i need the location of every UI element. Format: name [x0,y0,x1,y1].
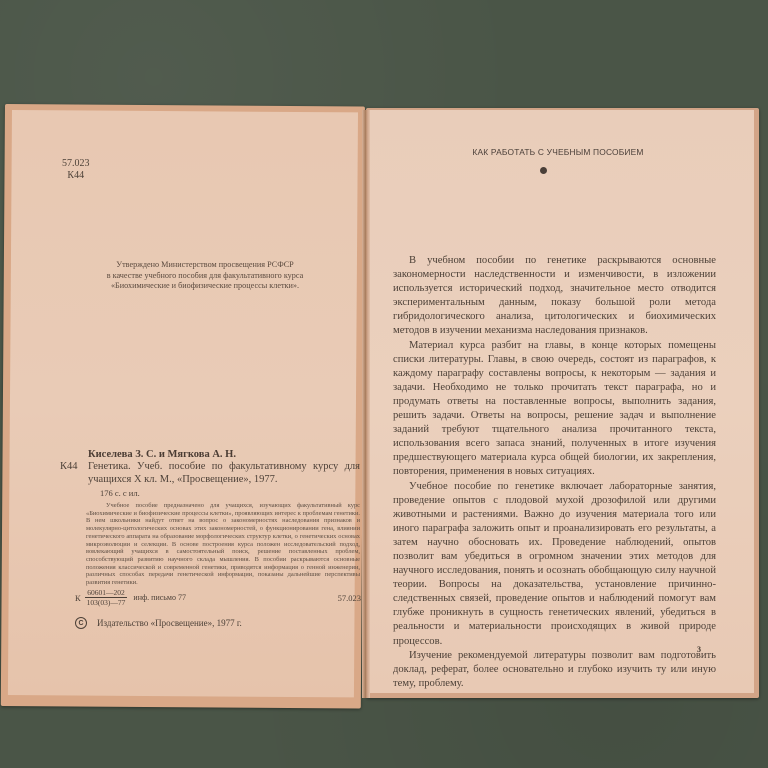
annotation: Учебное пособие предназначено для учащих… [86,502,360,587]
page-number: 3 [697,645,701,654]
imprint-bbk: 57.023 [338,593,365,603]
copyright-text: Издательство «Просвещение», 1977 г. [97,618,242,628]
imprint-denominator: 103(03)—77 [85,598,128,607]
approval-statement: Утверждено Министерством просвещения РСФ… [90,260,320,292]
copyright-line: C Издательство «Просвещение», 1977 г. [75,617,365,629]
bib-entry: К44 Генетика. Учеб. пособие по факультат… [60,461,360,486]
paragraph: В учебном пособии по генетике раскрывают… [393,254,716,339]
page-count: 176 с. с ил. [100,488,360,498]
imprint-numerator: 60601—202 [85,588,127,598]
approval-line: в качестве учебного пособия для факульта… [90,271,320,282]
chapter-heading: КАК РАБОТАТЬ С УЧЕБНЫМ ПОСОБИЕМ [448,147,668,157]
paragraph: Изучение рекомендуемой литературы позвол… [393,649,716,691]
udk-number: 57.023 [62,158,90,170]
udk-code: 57.023 К44 [62,158,90,182]
bullet-ornament-icon [540,167,547,174]
bib-title: Генетика. Учеб. пособие по факультативно… [88,461,360,486]
imprint-row: К 60601—202 103(03)—77 инф. письмо 77 57… [75,588,365,607]
book-photo: 57.023 К44 Утверждено Министерством прос… [0,0,768,768]
imprint: К 60601—202 103(03)—77 инф. письмо 77 57… [75,588,365,629]
authors: Киселева З. С. и Мягкова А. Н. [88,448,360,461]
bib-code: К44 [60,461,88,486]
bibliographic-record: Киселева З. С. и Мягкова А. Н. К44 Генет… [60,448,360,587]
imprint-prefix: К [75,593,81,603]
imprint-letter: инф. письмо 77 [133,593,186,602]
copyright-icon: C [75,617,87,629]
paragraph: Материал курса разбит на главы, в конце … [393,339,716,480]
udk-author-mark: К44 [62,170,90,182]
body-text: В учебном пособии по генетике раскрывают… [393,254,716,691]
approval-line: Утверждено Министерством просвещения РСФ… [90,260,320,271]
paragraph: Учебное пособие по генетике включает лаб… [393,480,716,649]
imprint-fraction: 60601—202 103(03)—77 [85,588,128,607]
approval-line: «Биохимические и биофизические процессы … [90,281,320,292]
